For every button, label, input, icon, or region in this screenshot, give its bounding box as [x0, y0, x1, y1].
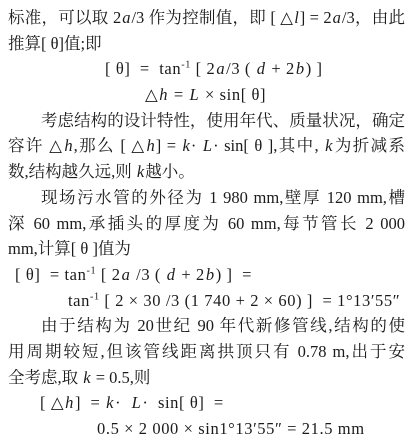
formula-line: tan-1 [ 2 × 30 /3 (1 740 + 2 × 60) ] = 1…	[68, 288, 405, 314]
text-line: 容许 △h,那么 [ △h] = k· L· sin[ θ ],其中, k为折减…	[8, 133, 405, 159]
text-line: mm,计算[ θ ]值为	[8, 236, 405, 262]
text-line: 标准，可以取 2a/3 作为控制值，即 [ △l] = 2a/3，由此	[8, 5, 405, 31]
formula-line: [ θ] = tan-1 [ 2a /3 ( d + 2b) ] =	[15, 262, 405, 288]
formula-line: [ △h] = k· L· sin[ θ] =	[40, 390, 405, 416]
formula-line: △h = L × sin[ θ]	[145, 82, 405, 108]
text-line: 推算[ θ]值;即	[8, 31, 405, 57]
text-line: 用周期较短,但该管线距离拱顶只有 0.78 m,出于安	[8, 339, 405, 365]
text-line: 数,结构越久远,则 k越小。	[8, 159, 405, 185]
document-body: 标准，可以取 2a/3 作为控制值，即 [ △l] = 2a/3，由此推算[ θ…	[8, 5, 405, 442]
text-line: 由于结构为 20世纪 90 年代新修管线,结构的使	[8, 313, 405, 339]
text-line: 现场污水管的外径为 1 980 mm,壁厚 120 mm,槽	[8, 185, 405, 211]
formula-line: [ θ] = tan-1 [ 2a/3 ( d + 2b) ]	[105, 56, 405, 82]
text-line: 全考虑,取 k = 0.5,则	[8, 365, 405, 391]
text-line: 深 60 mm,承插头的厚度为 60 mm,每节管长 2 000	[8, 211, 405, 237]
formula-line: 0.5 × 2 000 × sin1°13′55″ = 21.5 mm	[97, 416, 405, 442]
paper-page: 标准，可以取 2a/3 作为控制值，即 [ △l] = 2a/3，由此推算[ θ…	[0, 0, 413, 443]
text-line: 考虑结构的设计特性，使用年代、质量状况，确定	[8, 108, 405, 134]
